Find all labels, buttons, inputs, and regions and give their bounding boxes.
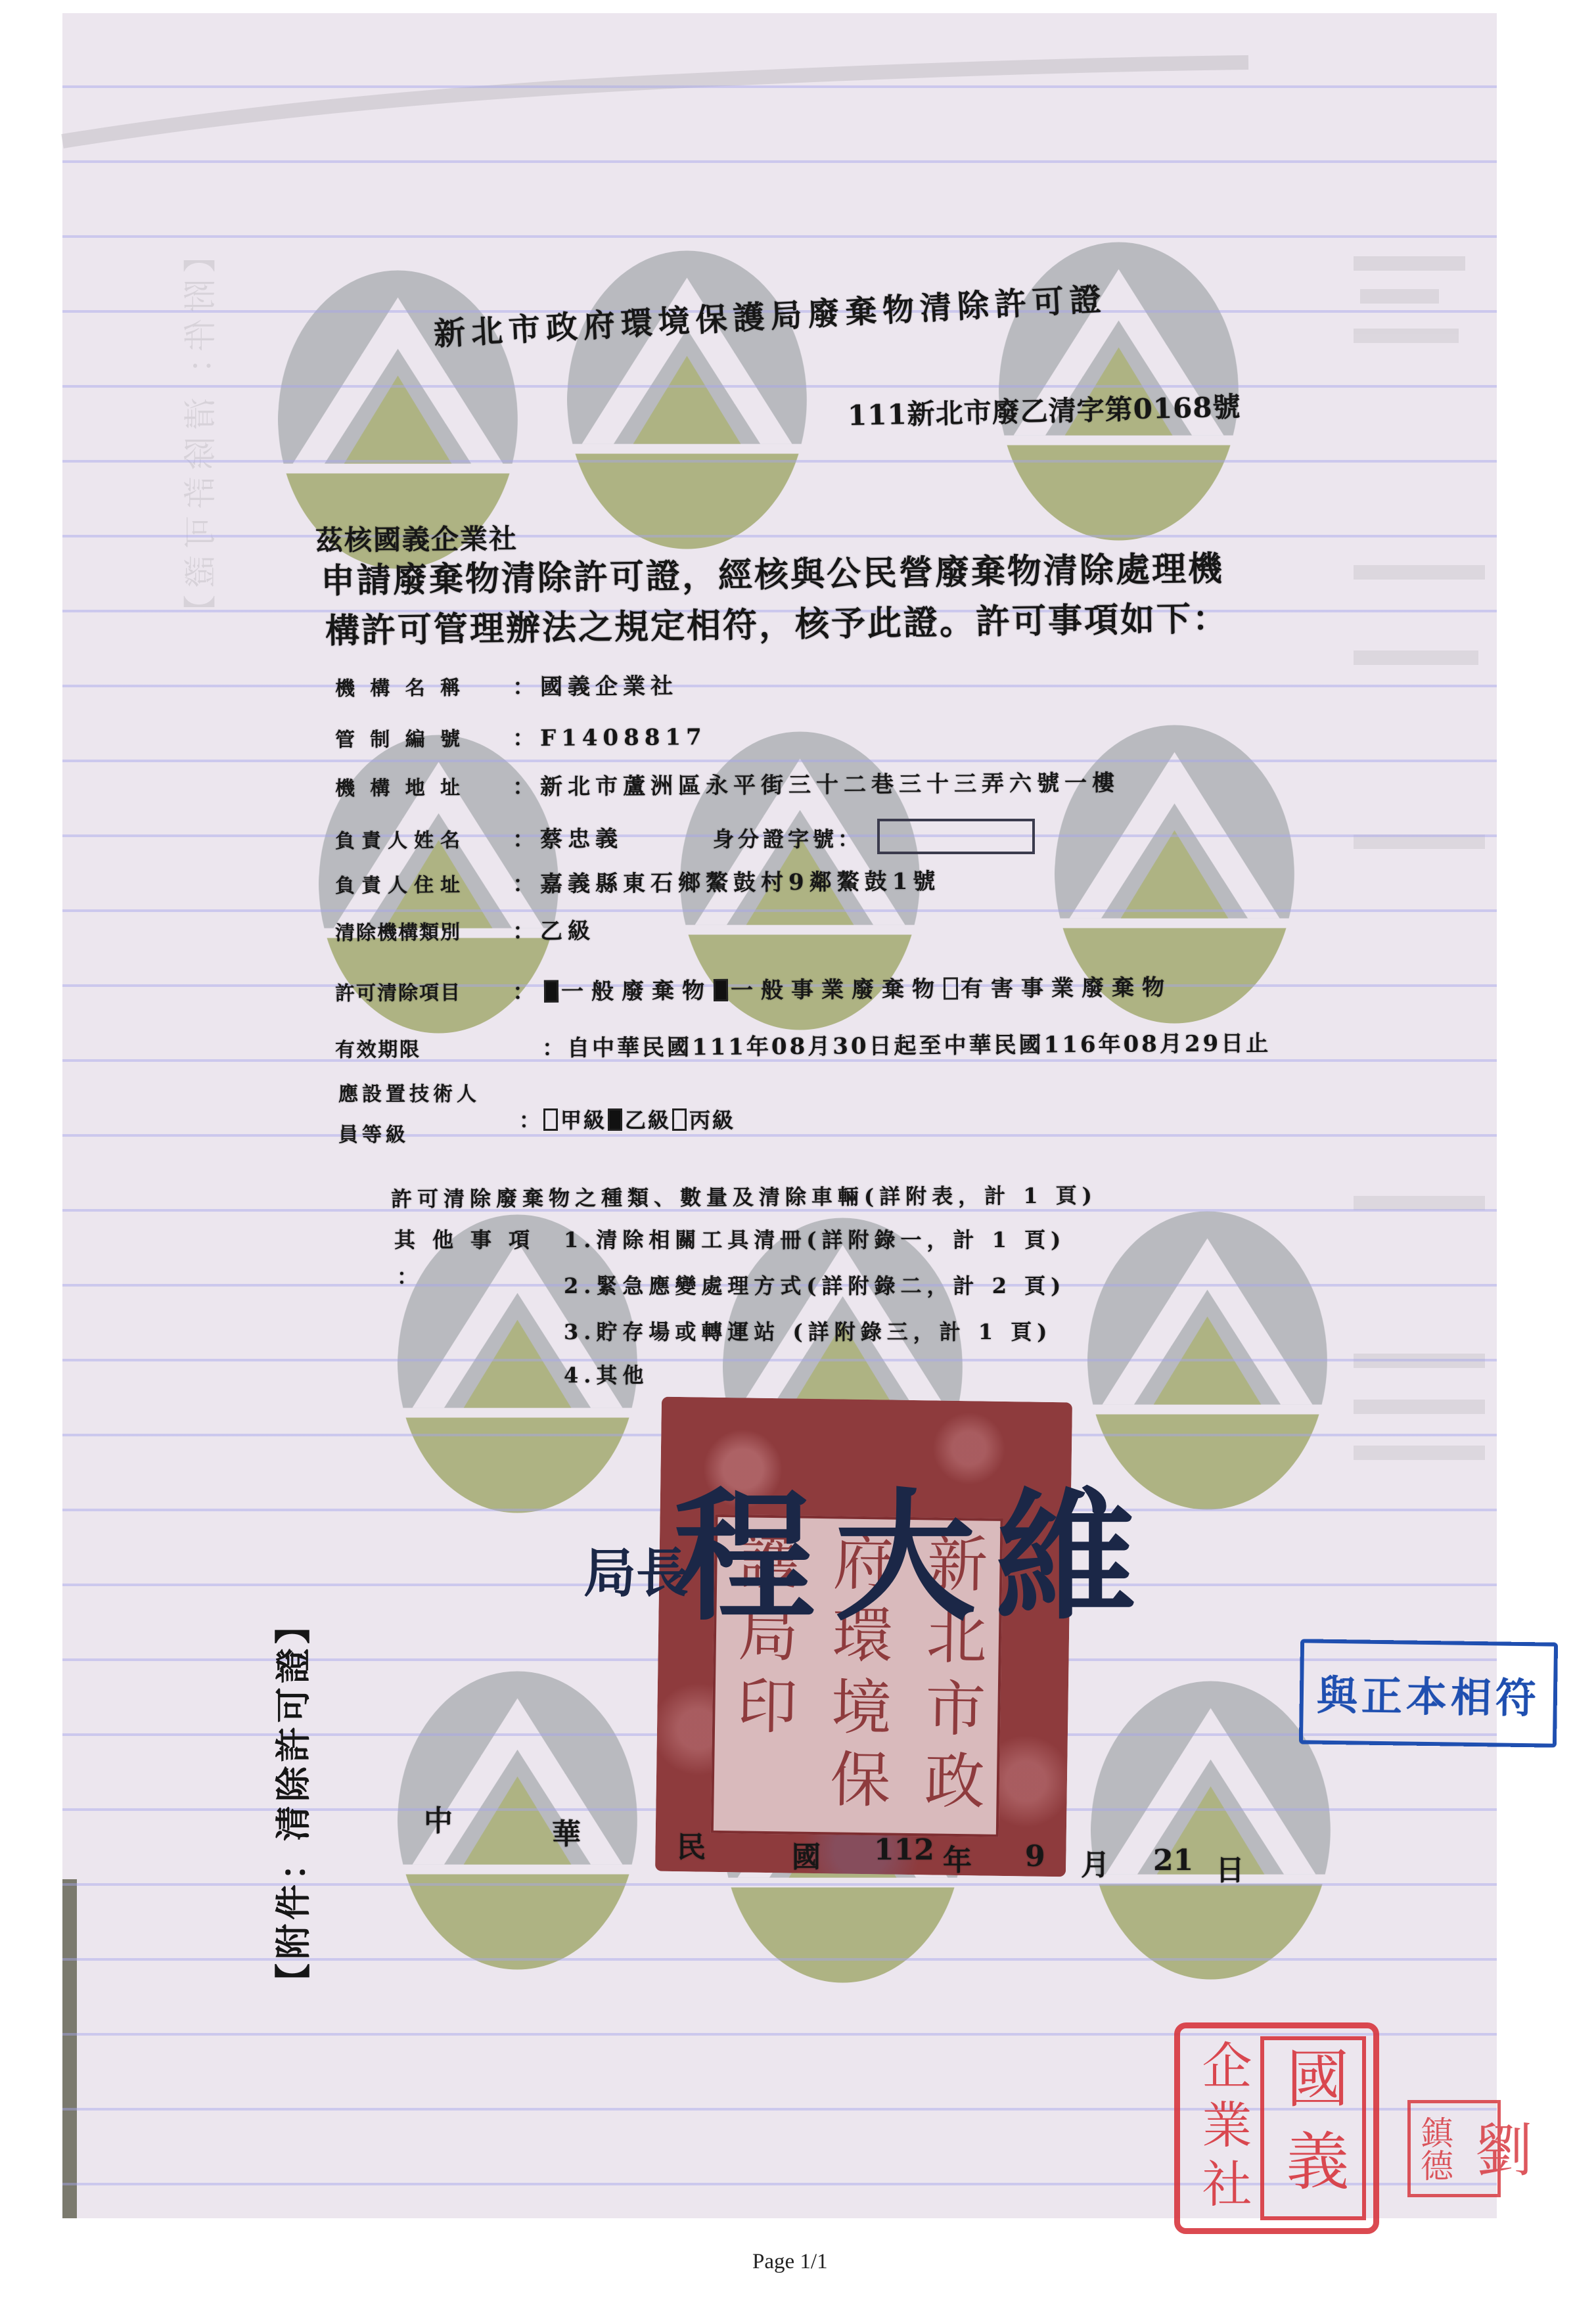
field-label: 負責人住址 <box>335 868 460 898</box>
field-label: 許可清除項目 <box>335 976 460 1005</box>
id-number-redaction-box <box>877 819 1035 854</box>
option-label: 一般廢棄物 <box>561 978 712 1005</box>
personal-seal-left: 鎮德 <box>1411 2116 1458 2181</box>
signatory-name: 程大維 <box>673 1486 1156 1628</box>
checkbox-icon <box>544 980 559 1003</box>
other-matters-label: 其他事項 <box>394 1223 547 1254</box>
option-label: 有害事業廢棄物 <box>961 974 1172 1002</box>
other-matters-item: 1.清除相關工具清冊(詳附錄一，計 1 頁) <box>564 1223 1066 1254</box>
checkbox-icon <box>672 1108 687 1131</box>
field-value: ：新北市蘆洲區永平街三十二巷三十三弄六號一樓 <box>513 765 1120 801</box>
field-validity: 有效期限 ：自中華民國111年08月30日起至中華民國116年08月29日止 <box>335 1025 1271 1064</box>
field-owner-address: 負責人住址 ：嘉義縣東石鄉鰲鼓村9鄰鰲鼓1號 <box>335 863 941 900</box>
other-matters-item: 2.緊急應變處理方式(詳附錄二，計 2 頁) <box>564 1269 1066 1300</box>
field-value: ：F1408817 <box>513 719 707 752</box>
field-value: ：自中華民國111年08月30日起至中華民國116年08月29日止 <box>542 1025 1271 1062</box>
other-matters-item: 4.其他 <box>564 1359 649 1389</box>
checkbox-icon <box>714 979 728 1001</box>
date-part: 日 <box>1216 1846 1244 1888</box>
date-part: 國 <box>792 1833 821 1875</box>
attachment-side-label: 【附件：清除許可證】 <box>274 1591 313 2012</box>
company-seal-right: 國義 <box>1260 2036 1366 2220</box>
personal-seal-right: 劉 <box>1458 2120 1541 2178</box>
checkbox-icon <box>608 1108 622 1131</box>
field-label: 員等級 <box>338 1118 409 1147</box>
epa-logo-watermark <box>1091 1681 1331 1979</box>
certified-copy-text: 與正本相符 <box>1316 1662 1540 1724</box>
bleed-through-marks <box>1354 256 1485 1460</box>
option-label: 乙級 <box>625 1108 671 1133</box>
id-number-label: 身分證字號： <box>713 823 863 853</box>
field-label: 有效期限 <box>335 1033 419 1062</box>
date-part: 中 <box>424 1797 453 1839</box>
field-label: 負責人姓名 <box>335 823 460 853</box>
checkbox-icon <box>944 977 958 999</box>
field-value: ：一般廢棄物一般事業廢棄物有害事業廢棄物 <box>513 969 1172 1006</box>
personal-seal: 鎮德 劉 <box>1407 2100 1501 2197</box>
company-seal-left: 企業社 <box>1187 2040 1259 2217</box>
certified-true-copy-stamp: 與正本相符 <box>1299 1639 1558 1747</box>
colon: ： <box>519 1108 542 1133</box>
field-org-address: 機構地址 ：新北市蘆洲區永平街三十二巷三十三弄六號一樓 <box>335 765 1120 802</box>
date-part: 民 <box>677 1823 706 1865</box>
date-part: 月 <box>1081 1841 1110 1883</box>
other-matters-colon: ： <box>397 1260 418 1290</box>
bleed-through-side-label: 【附件：清除許可證】 <box>181 177 220 696</box>
field-control-number: 管制編號 ：F1408817 <box>335 719 707 754</box>
scan-edge-shadow <box>62 1879 77 2218</box>
option-label: 一般事業廢棄物 <box>731 976 942 1004</box>
field-label: 應設置技術人 <box>338 1078 480 1107</box>
date-part: 年 <box>943 1837 972 1879</box>
field-value: ：國義企業社 <box>513 668 678 701</box>
field-value: ：乙級 <box>513 913 595 946</box>
date-part: 華 <box>552 1810 581 1852</box>
option-label: 丙級 <box>689 1108 735 1133</box>
checkbox-icon <box>543 1108 558 1131</box>
colon: ： <box>513 979 543 1005</box>
field-label: 管制編號 <box>335 722 460 752</box>
vehicles-line: 許可清除廢棄物之種類、數量及清除車輛(詳附表，計 1 頁) <box>391 1179 1097 1213</box>
field-label: 機構地址 <box>335 771 460 800</box>
date-part: 112 <box>874 1833 934 1867</box>
option-label: 甲級 <box>560 1108 606 1133</box>
date-part: 21 <box>1153 1844 1193 1877</box>
field-label: 清除機構類別 <box>335 915 460 945</box>
watermark-layer <box>0 0 1596 2305</box>
field-value: ：蔡忠義 <box>513 821 623 854</box>
field-tech-level-value: ：甲級乙級丙級 <box>519 1104 735 1134</box>
field-org-name: 機構名稱 ：國義企業社 <box>335 668 678 702</box>
field-value: ：嘉義縣東石鄉鰲鼓村9鄰鰲鼓1號 <box>513 863 941 899</box>
field-permitted-items: 許可清除項目 ：一般廢棄物一般事業廢棄物有害事業廢棄物 <box>335 969 1172 1007</box>
other-matters-item: 3.貯存場或轉運站 (詳附錄三，計 1 頁) <box>564 1315 1052 1346</box>
field-owner-name: 負責人姓名 ：蔡忠義 <box>335 821 623 855</box>
paper-fold-shadow <box>62 62 1248 141</box>
epa-logo-watermark <box>1087 1211 1327 1509</box>
company-seal: 企業社 國義 <box>1174 2022 1379 2234</box>
date-part: 9 <box>1025 1840 1045 1873</box>
signatory-title: 局長 <box>583 1531 689 1607</box>
field-org-class: 清除機構類別 ：乙級 <box>335 913 595 947</box>
field-label: 機構名稱 <box>335 671 460 700</box>
page-number: Page 1/1 <box>752 2250 828 2274</box>
